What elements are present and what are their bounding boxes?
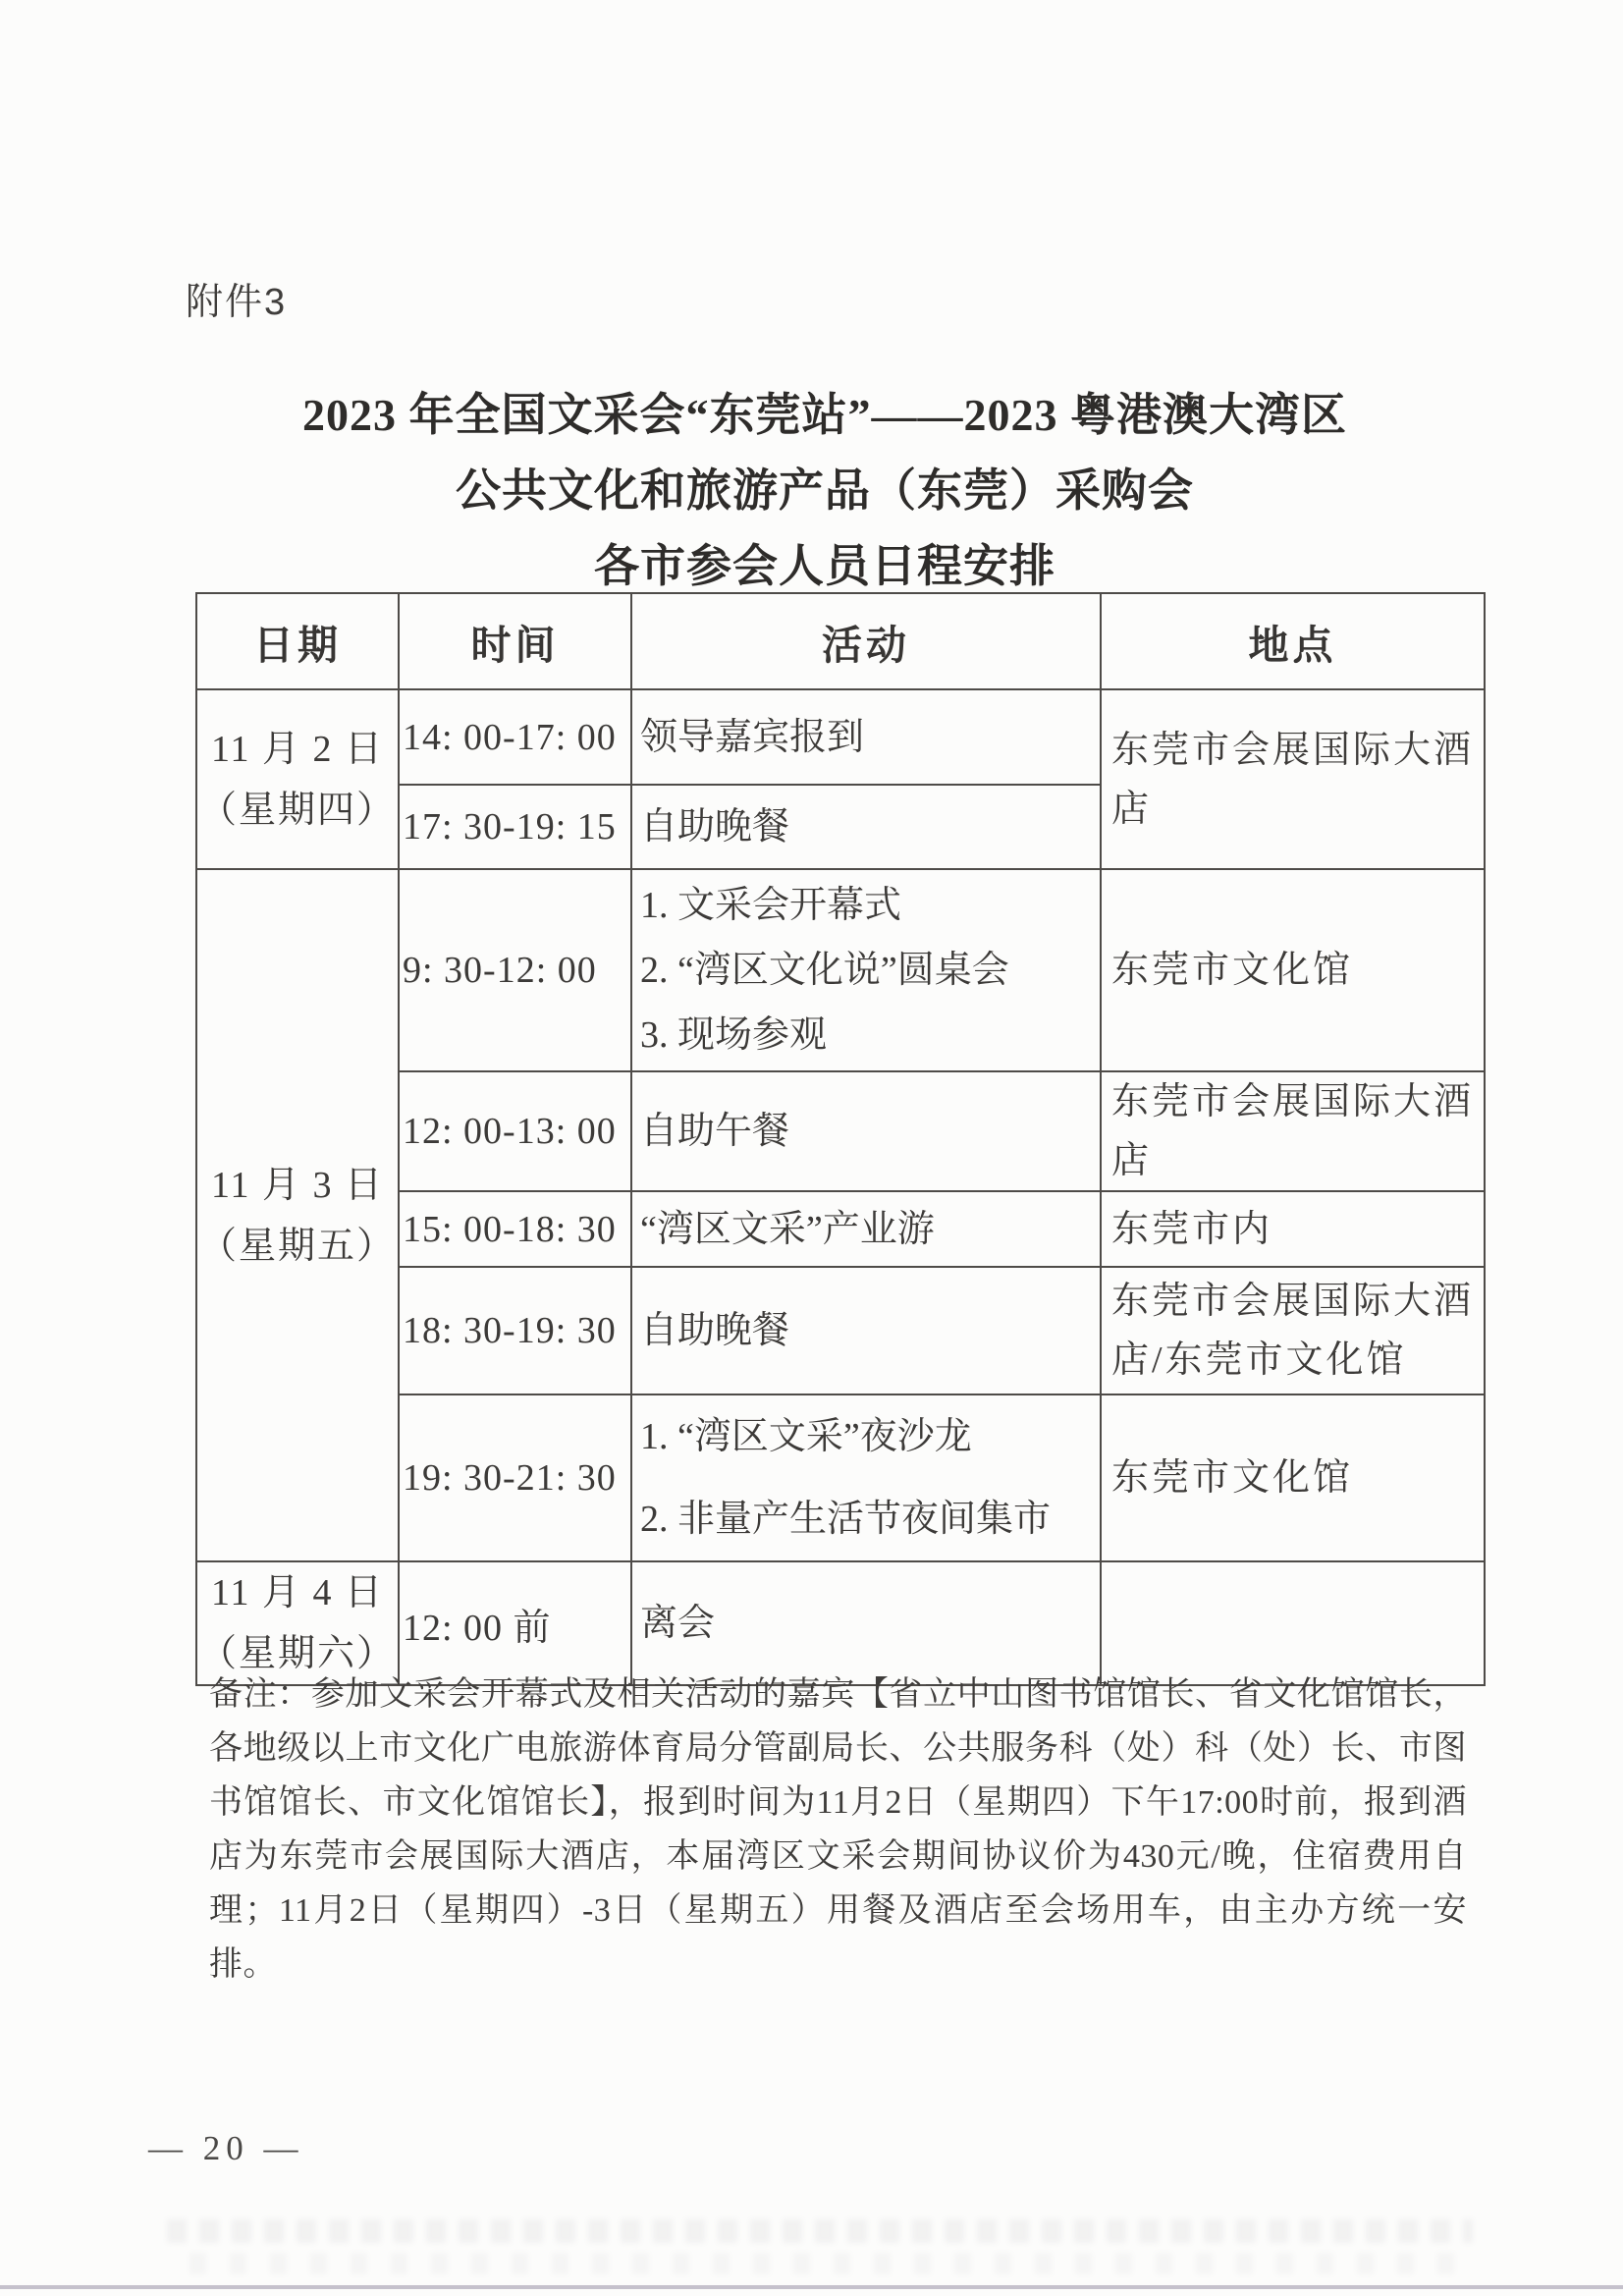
schedule-table: 日期 时间 活动 地点 11 月 2 日 （星期四） 14: 00-17: 00… (195, 592, 1486, 1686)
activity-cell: “湾区文采”产业游 (631, 1191, 1101, 1267)
table-row: 11 月 2 日 （星期四） 14: 00-17: 00 领导嘉宾报到 东莞市会… (196, 689, 1485, 785)
document-title-line-2: 公共文化和旅游产品（东莞）采购会 (137, 453, 1512, 528)
header-location: 地点 (1101, 593, 1485, 689)
scan-edge-line (0, 2285, 1623, 2289)
activity-line: 2. 非量产生活节夜间集市 (640, 1478, 1096, 1560)
date-cell: 11 月 2 日 （星期四） (196, 689, 399, 869)
header-date: 日期 (196, 593, 399, 689)
time-cell: 14: 00-17: 00 (399, 689, 631, 785)
document-title: 2023 年全国文采会“东莞站”——2023 粤港澳大湾区 公共文化和旅游产品（… (137, 377, 1512, 604)
date-cell: 11 月 3 日 （星期五） (196, 869, 399, 1561)
time-cell: 17: 30-19: 15 (399, 785, 631, 869)
activity-cell: 自助晚餐 (631, 785, 1101, 869)
activity-cell: 自助晚餐 (631, 1267, 1101, 1394)
activity-cell: 领导嘉宾报到 (631, 689, 1101, 785)
document-title-line-1: 2023 年全国文采会“东莞站”——2023 粤港澳大湾区 (137, 377, 1512, 453)
activity-line: 2. “湾区文化说”圆桌会 (640, 938, 1096, 1003)
activity-line: 3. 现场参观 (640, 1003, 1096, 1067)
location-cell: 东莞市文化馆 (1101, 869, 1485, 1071)
location-cell: 东莞市会展国际大酒店 (1101, 1071, 1485, 1191)
attachment-label: 附件3 (186, 271, 287, 325)
page-bleed-through (167, 2215, 1473, 2278)
date-line: （星期五） (199, 1216, 396, 1277)
time-cell: 12: 00-13: 00 (399, 1071, 631, 1191)
activity-line: 1. 文采会开幕式 (640, 873, 1096, 938)
notes-paragraph: 备注：参加文采会开幕式及相关活动的嘉宾【省立中山图书馆馆长、省文化馆馆长，各地级… (209, 1667, 1467, 1992)
date-line: 11 月 4 日 (199, 1562, 396, 1623)
activity-line: 1. “湾区文采”夜沙龙 (640, 1395, 1096, 1478)
document-page: 附件3 2023 年全国文采会“东莞站”——2023 粤港澳大湾区 公共文化和旅… (0, 0, 1623, 2296)
location-cell: 东莞市会展国际大酒店 (1101, 689, 1485, 869)
table-row: 11 月 3 日 （星期五） 9: 30-12: 00 1. 文采会开幕式 2.… (196, 869, 1485, 1071)
activity-cell: 1. “湾区文采”夜沙龙 2. 非量产生活节夜间集市 (631, 1394, 1101, 1561)
activity-cell: 自助午餐 (631, 1071, 1101, 1191)
header-time: 时间 (399, 593, 631, 689)
date-line: 11 月 3 日 (199, 1155, 396, 1216)
page-number: — 20 — (148, 2129, 304, 2168)
location-cell: 东莞市内 (1101, 1191, 1485, 1267)
location-cell: 东莞市会展国际大酒店/东莞市文化馆 (1101, 1267, 1485, 1394)
time-cell: 15: 00-18: 30 (399, 1191, 631, 1267)
date-line: （星期四） (199, 780, 396, 841)
date-line: 11 月 2 日 (199, 719, 396, 780)
location-cell: 东莞市文化馆 (1101, 1394, 1485, 1561)
time-cell: 19: 30-21: 30 (399, 1394, 631, 1561)
activity-cell: 1. 文采会开幕式 2. “湾区文化说”圆桌会 3. 现场参观 (631, 869, 1101, 1071)
time-cell: 18: 30-19: 30 (399, 1267, 631, 1394)
header-activity: 活动 (631, 593, 1101, 689)
table-header-row: 日期 时间 活动 地点 (196, 593, 1485, 689)
time-cell: 9: 30-12: 00 (399, 869, 631, 1071)
